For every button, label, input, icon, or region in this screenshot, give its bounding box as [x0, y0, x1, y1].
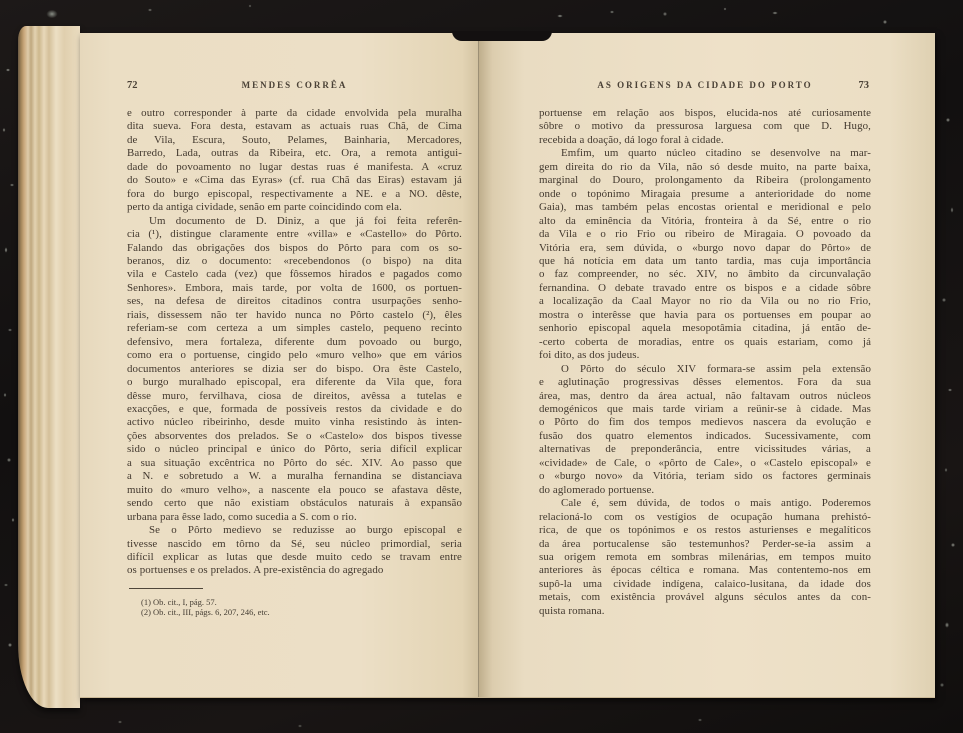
text-line: vila e Castelo cada (vez) que fôssemos h…: [127, 268, 462, 281]
text-line: ses, na defesa de direitos citadinos con…: [127, 295, 462, 308]
text-line: a N. e sobretudo a W. a muralha fernandi…: [127, 470, 462, 483]
text-line: Cale é, sem dúvida, de todos o mais anti…: [539, 497, 871, 510]
text-line: sua origem remota em sombras milenárias,…: [539, 551, 871, 564]
text-line: difícil explicar as lutas que desde muit…: [127, 551, 462, 564]
running-header-left: MENDES CORRÊA: [242, 80, 348, 90]
text-line: dita sueva. Fora desta, estavam as actua…: [127, 120, 462, 133]
page-number-left: 72: [127, 80, 138, 91]
text-line: o faz compreender, no séc. XIV, no âmbit…: [539, 268, 871, 281]
text-line: como era o portuense, cingido pelo «muro…: [127, 349, 462, 362]
text-line: alto da eminência da Vitória, fronteira …: [539, 215, 871, 228]
text-line: e aglutinação progressivas dêsses elemen…: [539, 376, 871, 389]
book-photo: 72 MENDES CORRÊA e outro corresponder à …: [0, 0, 963, 733]
text-line: da Vila e o rio Frio ou ribeiro de Mirag…: [539, 228, 871, 241]
text-line: sôbre o motivo da pressurosa larguesa co…: [539, 120, 871, 133]
page-left: 72 MENDES CORRÊA e outro corresponder à …: [80, 33, 478, 697]
text-line: quista romana.: [539, 605, 871, 618]
page-right: AS ORIGENS DA CIDADE DO PORTO 73 portuen…: [478, 33, 935, 697]
text-line: Se o Pôrto medievo se reduzisse ao burgo…: [127, 524, 462, 537]
text-line: tivesse nascido em tôrno da Sé, seu núcl…: [127, 538, 462, 551]
text-line: onde o topónimo Miragaia presume a anter…: [539, 188, 871, 201]
text-line: O Pôrto do século XIV formara-se assim p…: [539, 363, 871, 376]
text-line: do Souto» e «Cima das Eyras» (cf. rua Ch…: [127, 174, 462, 187]
text-line: recebida a doação, dá logo foral à cidad…: [539, 134, 871, 147]
text-line: fusão dos quatro elementos indicados. Su…: [539, 430, 871, 443]
text-line: que há notícia em data um tanto tardia, …: [539, 255, 871, 268]
text-line: área, mas, dentro da área actual, não fa…: [539, 390, 871, 403]
text-line: ções absorventes dos prelados. Se o «Cas…: [127, 430, 462, 443]
text-line: Vitória era, sem dúvida, o «burgo novo d…: [539, 242, 871, 255]
page-header-left: 72 MENDES CORRÊA: [127, 80, 462, 93]
text-line: demogénicos que mais tarde viriam a reün…: [539, 403, 871, 416]
text-line: gem direita do rio da Vila, não só desde…: [539, 161, 871, 174]
text-line: Emfim, um quarto núcleo citadino se dese…: [539, 147, 871, 160]
text-line: dade do povoamento no lugar destas ruas …: [127, 161, 462, 174]
footnote-separator: [129, 588, 203, 589]
footnote: (2) Ob. cit., III, págs. 6, 207, 246, et…: [141, 607, 462, 618]
text-line: de Vila, Escura, Souto, Pelames, Bainhar…: [127, 134, 462, 147]
text-line: fora do burgo episcopal, respectivamente…: [127, 188, 462, 201]
text-line: dêsse muro, fervilhava, ciosa de direito…: [127, 390, 462, 403]
text-line: Um documento de D. Diniz, a que já foi f…: [127, 215, 462, 228]
text-line: referiam-se com certeza a um simples cas…: [127, 322, 462, 335]
text-line: mostra o interêsse que havia para os por…: [539, 309, 871, 322]
text-line: Senhores». Embora, mais tarde, por volta…: [127, 282, 462, 295]
text-line: os portuenses e os prelados. A pre-exist…: [127, 564, 462, 577]
text-line: relacioná-lo com os vestígios de ocupaçã…: [539, 511, 871, 524]
text-line: cia (¹), distingue claramente entre «vil…: [127, 228, 462, 241]
text-line: beranos, diz o documento: «recebendonos …: [127, 255, 462, 268]
text-line: da área portucalense são testemunhos? Pe…: [539, 538, 871, 551]
footnotes: (1) Ob. cit., I, pág. 57.(2) Ob. cit., I…: [127, 597, 462, 618]
page-edge-stack: [18, 26, 80, 708]
text-line: riais, dissessem não ter havido nunca no…: [127, 309, 462, 322]
text-line: defensivo, mera fortaleza, diferente dum…: [127, 336, 462, 349]
text-line: Falando das obrigações dos bispos do Pôr…: [127, 242, 462, 255]
text-line: foi dito, as dos judeus.: [539, 349, 871, 362]
text-line: sendo certo que não existiam obstáculos …: [127, 497, 462, 510]
page-text-left: e outro corresponder à parte da cidade e…: [127, 107, 462, 578]
text-line: sido o núcleo principal e único do Pôrto…: [127, 443, 462, 456]
text-line: senhorio episcopal aquela mesopotâmia ci…: [539, 322, 871, 335]
text-line: supô-la uma cividade indígena, calaico-l…: [539, 578, 871, 591]
page-text-right: portuense em relação aos bispos, elucida…: [539, 107, 871, 618]
text-line: rica, de que os topónimos e os restos as…: [539, 524, 871, 537]
text-line: o burgo muralhado episcopal, era diferen…: [127, 376, 462, 389]
text-line: a sua situação excêntrica no Pôrto do sé…: [127, 457, 462, 470]
page-header-right: AS ORIGENS DA CIDADE DO PORTO 73: [539, 80, 871, 93]
text-line: a localização da Caal Mayor no rio da Vi…: [539, 295, 871, 308]
text-line: perto da antiga cividade, senão em parte…: [127, 201, 462, 214]
text-line: documentos anteriores se dizia ser do bi…: [127, 363, 462, 376]
open-book-spread: 72 MENDES CORRÊA e outro corresponder à …: [80, 33, 935, 698]
text-line: fernandina. O debate travado entre os bi…: [539, 282, 871, 295]
text-line: exacções, e que, formada de possíveis re…: [127, 403, 462, 416]
spine-notch: [452, 31, 552, 41]
text-line: activo núcleo ribeirinho, desde muito vi…: [127, 416, 462, 429]
text-line: o «burgo novo» da Vitória, teriam sido o…: [539, 470, 871, 483]
text-line: Gaia), mas também pelas encostas orienta…: [539, 201, 871, 214]
text-line: Barredo, Lada, outras da Ribeira, etc. O…: [127, 147, 462, 160]
text-line: muito do «muro velho», a nascente ela po…: [127, 484, 462, 497]
text-line: «cividade» de Cale, o «pôrto de Cale», o…: [539, 457, 871, 470]
text-line: marginal do Douro, prolongamento da Ribe…: [539, 174, 871, 187]
text-line: o Pôrto do fim dos tempos medievos nasce…: [539, 416, 871, 429]
running-header-right: AS ORIGENS DA CIDADE DO PORTO: [597, 80, 812, 90]
footnote: (1) Ob. cit., I, pág. 57.: [141, 597, 462, 608]
text-line: e outro corresponder à parte da cidade e…: [127, 107, 462, 120]
text-line: alternativas de preponderância, entre vi…: [539, 443, 871, 456]
page-number-right: 73: [859, 80, 870, 91]
text-line: urbana para êsse lado, como sucedia a S.…: [127, 511, 462, 524]
text-line: -certo coberta de moradias, entre os qua…: [539, 336, 871, 349]
text-line: anteriores às épocas céltica e romana. M…: [539, 564, 871, 577]
text-line: portuense em relação aos bispos, elucida…: [539, 107, 871, 120]
text-line: do aglomerado portuense.: [539, 484, 871, 497]
text-line: metais, com existência provável alguns s…: [539, 591, 871, 604]
